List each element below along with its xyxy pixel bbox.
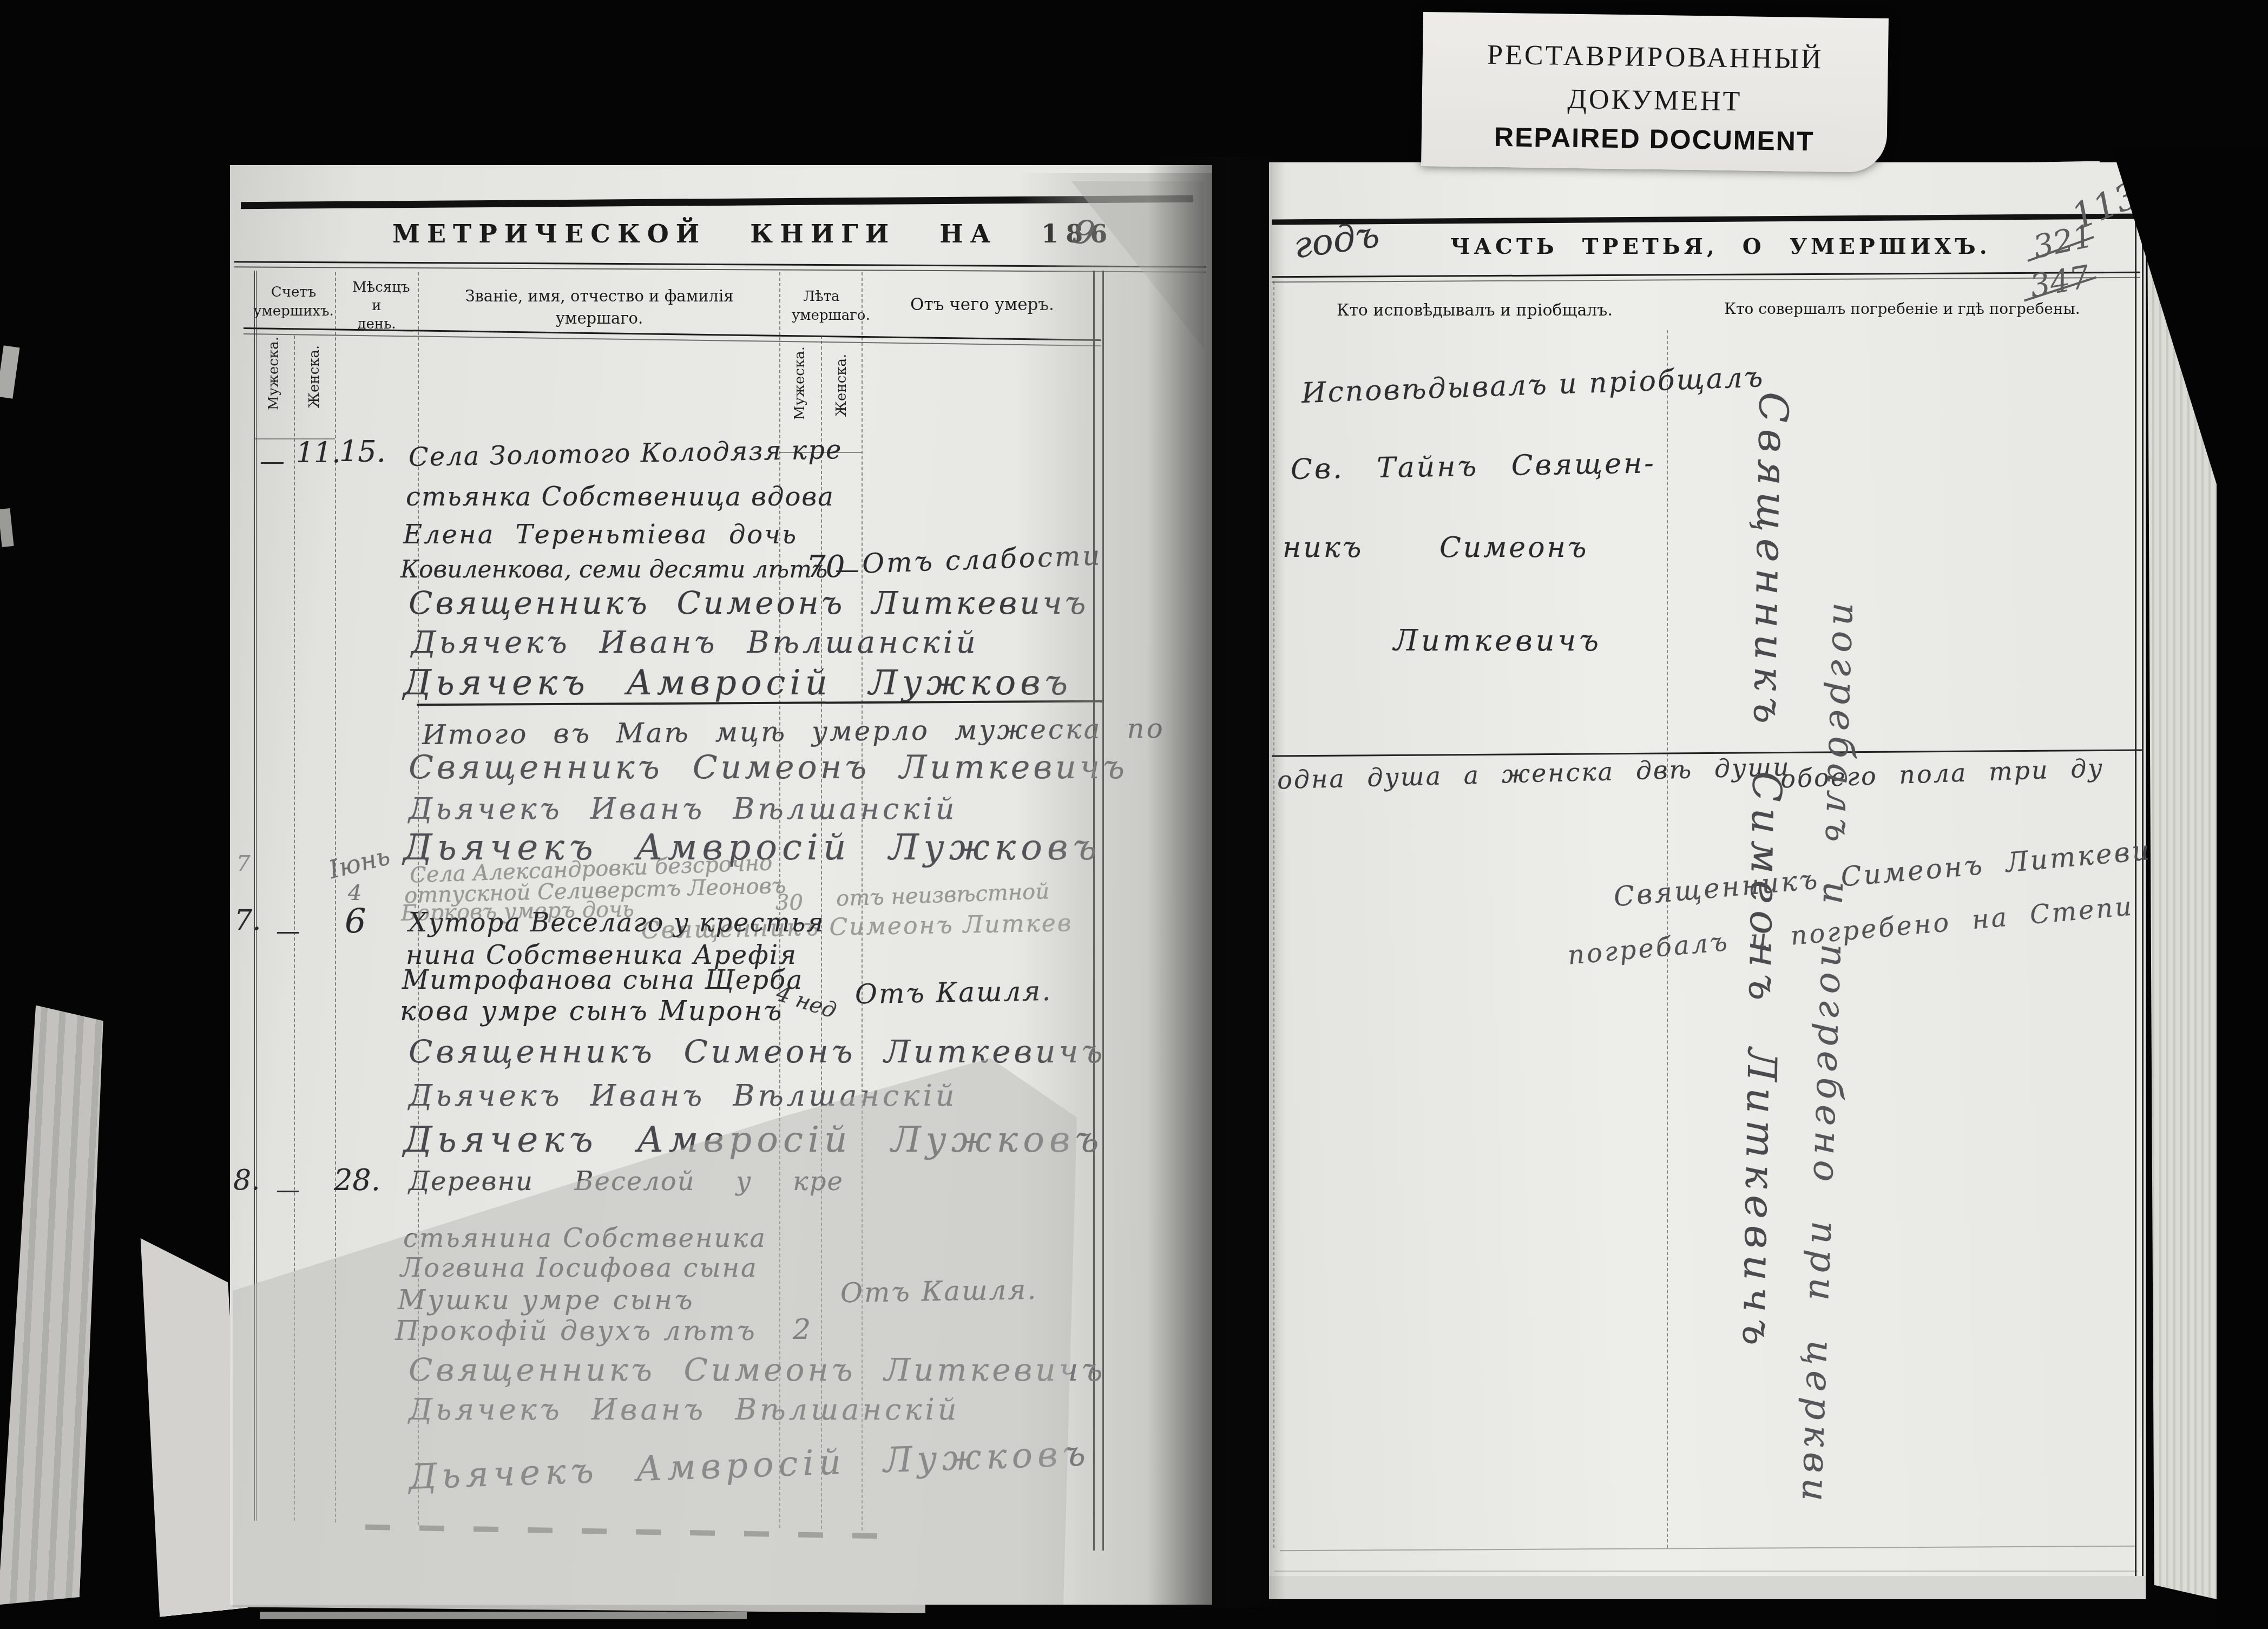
col-header-burial: Кто совершалъ погребеніе и гдѣ погребены…	[1680, 300, 2124, 318]
repaired-document-label: РЕСТАВРИРОВАННЫЙ ДОКУМЕНТ REPAIRED DOCUM…	[1421, 12, 1889, 173]
entry1-age: 70	[806, 549, 845, 584]
entry2-clergy: Священникъ Симеонъ Литкевичъ	[409, 1033, 1106, 1070]
entry3-count: 8.	[233, 1164, 260, 1197]
entry1-line: Села Золотого Колодязя кре	[409, 435, 843, 472]
entry2-line: Хутора Веселаго у крестья	[409, 908, 825, 938]
age-male-text: Мужеска.	[792, 346, 808, 420]
age-female-text: Женска.	[833, 354, 850, 417]
right-page: годъ ЧАСТЬ ТРЕТЬЯ, О УМЕРШИХЪ. Кто испов…	[1269, 162, 2146, 1599]
burial-vertical-line: погребалъ и погребено при церкви	[1794, 602, 1867, 1507]
count-male-text: Мужеска.	[266, 337, 282, 410]
entry2-count-female: —	[276, 917, 300, 945]
entry2-line: Митрофанова сына Щерба	[402, 965, 803, 995]
page-under-band	[1269, 1576, 2146, 1599]
top-rule	[1272, 213, 2143, 225]
stamp-text-3: REPAIRED DOCUMENT	[1494, 122, 1815, 156]
entry1-clergy: Дьячекъ Иванъ Вѣлшанскій	[411, 625, 979, 660]
col-header-burial-text: Кто совершалъ погребеніе и гдѣ погребены…	[1724, 300, 2080, 318]
col-header-name-label: Званіе, имя, отчество и фамилія умершаго…	[465, 287, 733, 327]
stamp-text-1: РЕСТАВРИРОВАННЫЙ	[1487, 40, 1824, 75]
col-header-month-label: Мѣсяцъ и день.	[352, 279, 401, 333]
confession-line: никъ Симеонъ	[1283, 531, 1588, 564]
paper-chip	[0, 345, 19, 398]
paper-chip	[0, 508, 14, 547]
entry2-day: 6	[345, 901, 366, 941]
title-underline-2	[1272, 277, 2140, 283]
entry1-day: 15.	[339, 435, 386, 469]
title-underline	[1272, 272, 2140, 278]
page-under-edge	[260, 1612, 747, 1619]
right-page-title-text: ЧАСТЬ ТРЕТЬЯ, О УМЕРШИХЪ.	[1450, 234, 1991, 259]
entry2-count: 7.	[234, 904, 261, 937]
col-header-name: Званіе, имя, отчество и фамилія умершаго…	[419, 285, 779, 329]
entry1-line: Елена Тереньтіева дочь	[403, 520, 798, 550]
tally-clergy: Дьячекъ Иванъ Вѣлшанскій	[409, 792, 958, 826]
col-header-count: Счетъ умершихъ.	[249, 283, 338, 321]
page-right-border	[2135, 216, 2136, 1580]
age-male-label: Мужеска.	[792, 318, 808, 448]
page-bottom-edge	[1274, 1571, 2138, 1572]
entry3-day: 28.	[334, 1163, 380, 1197]
scanned-register-photo: МЕТРИЧЕСКОЙ КНИГИ НА 186 9 Счетъ умерших…	[0, 0, 2268, 1629]
entry1-clergy: Дьячекъ Амвросій Лужковъ	[403, 663, 1072, 703]
entry1-clergy: Священникъ Симеонъ Литкевичъ	[409, 584, 1088, 621]
entry2-line: кова умре сынъ Миронъ	[400, 995, 783, 1027]
confession-line: Литкевичъ	[1393, 623, 1602, 658]
binding-gutter	[1147, 157, 1304, 1607]
stamp-line-en: REPAIRED DOCUMENT	[1421, 120, 1887, 158]
header-underline-2	[244, 333, 1101, 346]
entry1-count-female: 11.	[296, 437, 341, 469]
stamp-line-ru-1: РЕСТАВРИРОВАННЫЙ	[1423, 38, 1889, 76]
left-page: МЕТРИЧЕСКОЙ КНИГИ НА 186 9 Счетъ умерших…	[230, 165, 1212, 1605]
entry1-line: Ковиленкова, семи десяти лѣтъ —	[400, 556, 859, 583]
col-header-confession: Кто исповѣдывалъ и пріобщалъ.	[1285, 301, 1664, 320]
entry1-line: стьянка Собственица вдова	[406, 482, 834, 512]
confession-line: Исповѣдывалъ и пріобщалъ	[1301, 361, 1765, 410]
count-female-text: Женска.	[306, 345, 323, 409]
page-right-border-2	[2142, 216, 2144, 1580]
page-bottom-edge	[1280, 1546, 2135, 1551]
entry3-count-female: —	[276, 1176, 300, 1204]
tally-continuation-left: одна душа а женска двѣ души	[1277, 752, 1791, 795]
left-page-title: МЕТРИЧЕСКОЙ КНИГИ НА 186	[392, 219, 1114, 248]
photo-black-right-column	[2217, 146, 2268, 1629]
entry1-count-male: —	[260, 446, 285, 476]
count-female-label: Женска.	[306, 312, 323, 442]
col-header-confession-text: Кто исповѣдывалъ и пріобщалъ.	[1337, 301, 1613, 320]
count-male-label: Мужеска.	[266, 308, 282, 438]
paper-scrap	[0, 1005, 110, 1609]
ghost-count: 7	[236, 851, 250, 876]
col-header-month: Мѣсяцъ и день.	[336, 279, 417, 333]
title-text: МЕТРИЧЕСКОЙ КНИГИ НА 186	[392, 219, 1114, 248]
right-page-title: ЧАСТЬ ТРЕТЬЯ, О УМЕРШИХЪ.	[1450, 234, 1991, 259]
stamp-text-2: ДОКУМЕНТ	[1567, 84, 1743, 117]
confession-line: Св. Тайнъ Священ-	[1291, 447, 1656, 486]
stamp-line-ru-2: ДОКУМЕНТ	[1422, 81, 1888, 120]
age-female-label: Женска.	[833, 320, 850, 450]
